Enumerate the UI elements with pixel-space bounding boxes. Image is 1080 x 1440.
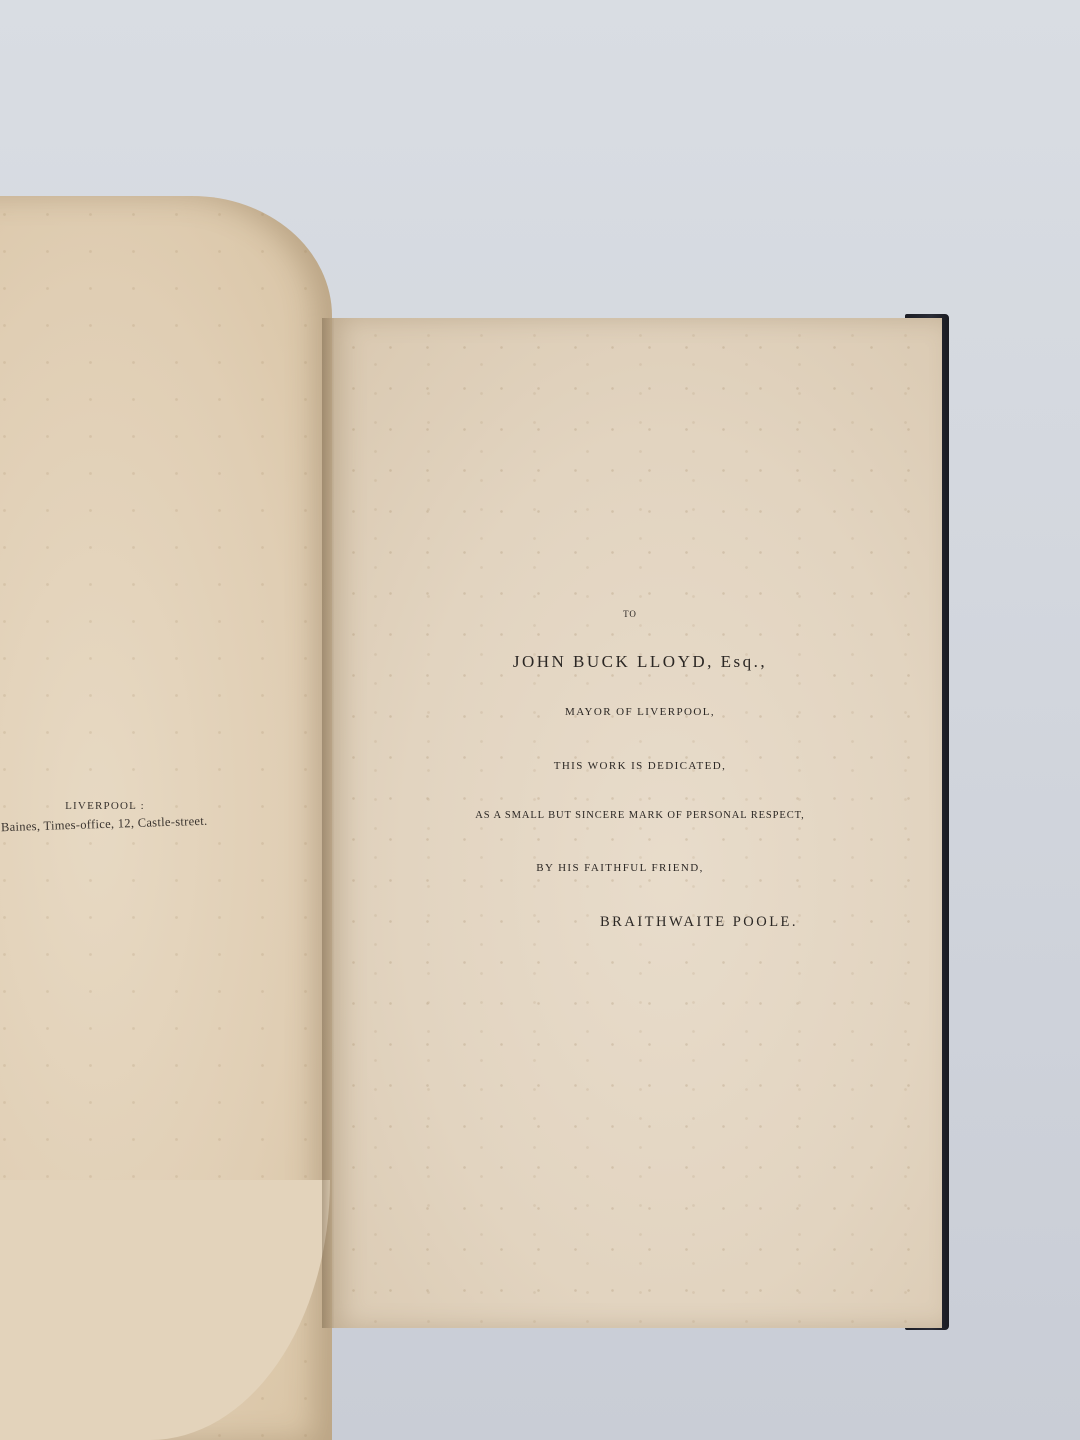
dedicatee-name: JOHN BUCK LLOYD, Esq., — [470, 652, 810, 672]
dedication-to: TO — [600, 609, 660, 619]
book-gutter — [322, 318, 334, 1328]
author-signature: BRAITHWAITE POOLE. — [600, 914, 860, 931]
right-page — [330, 318, 942, 1328]
dedicatee-title: MAYOR OF LIVERPOOL, — [470, 706, 810, 718]
photo-scene: LIVERPOOL : nas Baines, Times-office, 12… — [0, 0, 1080, 1440]
respect-line: AS A SMALL BUT SINCERE MARK OF PERSONAL … — [440, 810, 840, 821]
dedication-line: THIS WORK IS DEDICATED, — [470, 760, 810, 772]
by-line: BY HIS FAITHFUL FRIEND, — [470, 862, 770, 874]
imprint-city: LIVERPOOL : — [20, 800, 190, 812]
